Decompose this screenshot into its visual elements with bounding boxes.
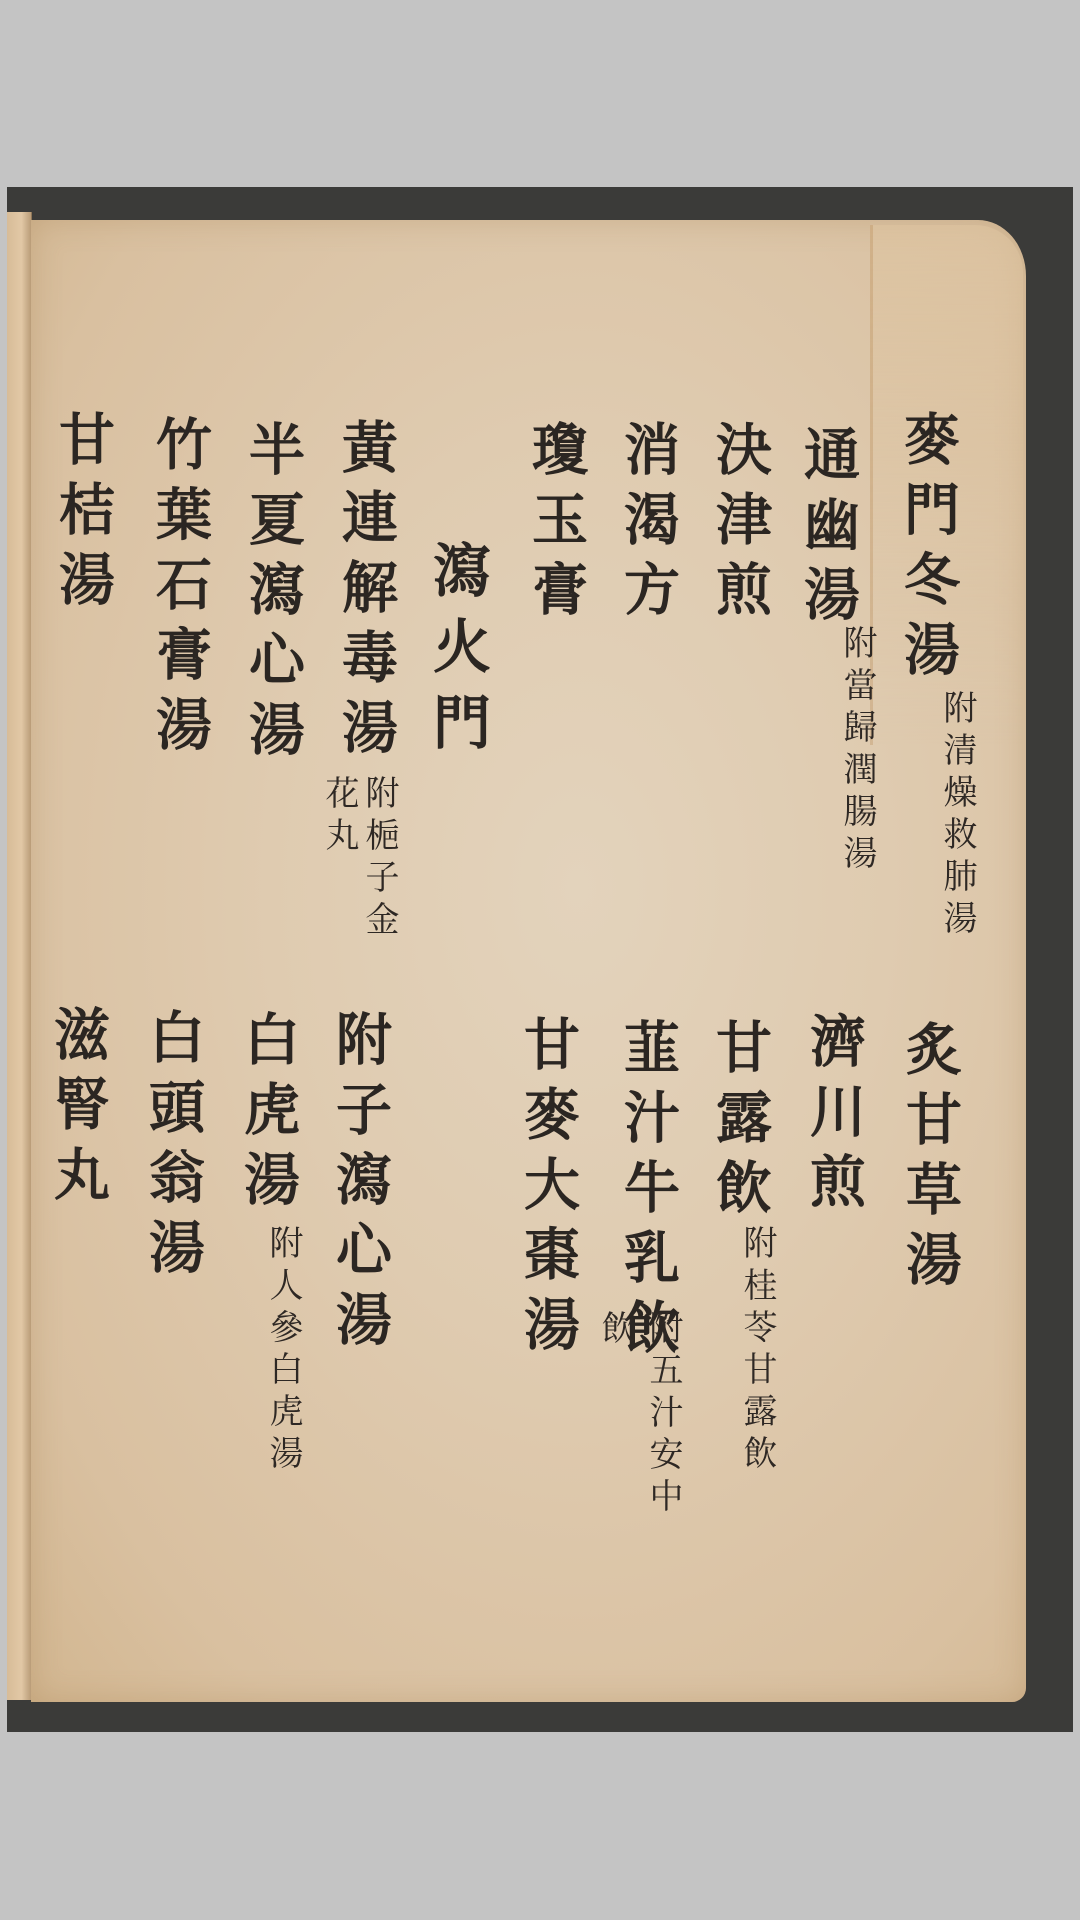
formula-title: 麥門冬湯	[900, 410, 956, 690]
formula-title: 半夏瀉心湯	[245, 420, 301, 770]
formula-title: 瓊玉膏	[528, 420, 584, 630]
formula-title: 白頭翁湯	[145, 1008, 201, 1288]
formula-title: 炙甘草湯	[902, 1020, 958, 1300]
formula-note-continued: 飲	[598, 1310, 632, 1352]
section-heading: 瀉火門	[428, 540, 486, 768]
formula-title: 黃連解毒湯	[338, 418, 394, 768]
formula-note: 附梔子金	[362, 775, 396, 943]
formula-note: 附桂苓甘露飲	[740, 1225, 774, 1477]
formula-note: 附清燥救肺湯	[940, 690, 974, 942]
formula-title: 甘麥大棗湯	[520, 1015, 576, 1365]
formula-note: 附當歸潤腸湯	[840, 625, 874, 877]
formula-title: 甘桔湯	[55, 410, 111, 620]
formula-title: 甘露飲	[712, 1018, 768, 1228]
formula-title: 濟川煎	[806, 1012, 862, 1222]
formula-note-continued: 花丸	[322, 775, 356, 859]
formula-title: 竹葉石膏湯	[152, 415, 208, 765]
formula-note: 附人參白虎湯	[266, 1225, 300, 1477]
formula-title: 附子瀉心湯	[332, 1010, 388, 1360]
page-stack-edge	[7, 212, 32, 1700]
formula-note: 附五汁安中	[646, 1310, 680, 1520]
formula-title: 決津煎	[712, 420, 768, 630]
formula-title: 消渴方	[620, 420, 676, 630]
formula-title: 滋腎丸	[50, 1005, 106, 1215]
formula-title: 白虎湯	[240, 1010, 296, 1220]
formula-title: 通幽湯	[800, 425, 856, 635]
